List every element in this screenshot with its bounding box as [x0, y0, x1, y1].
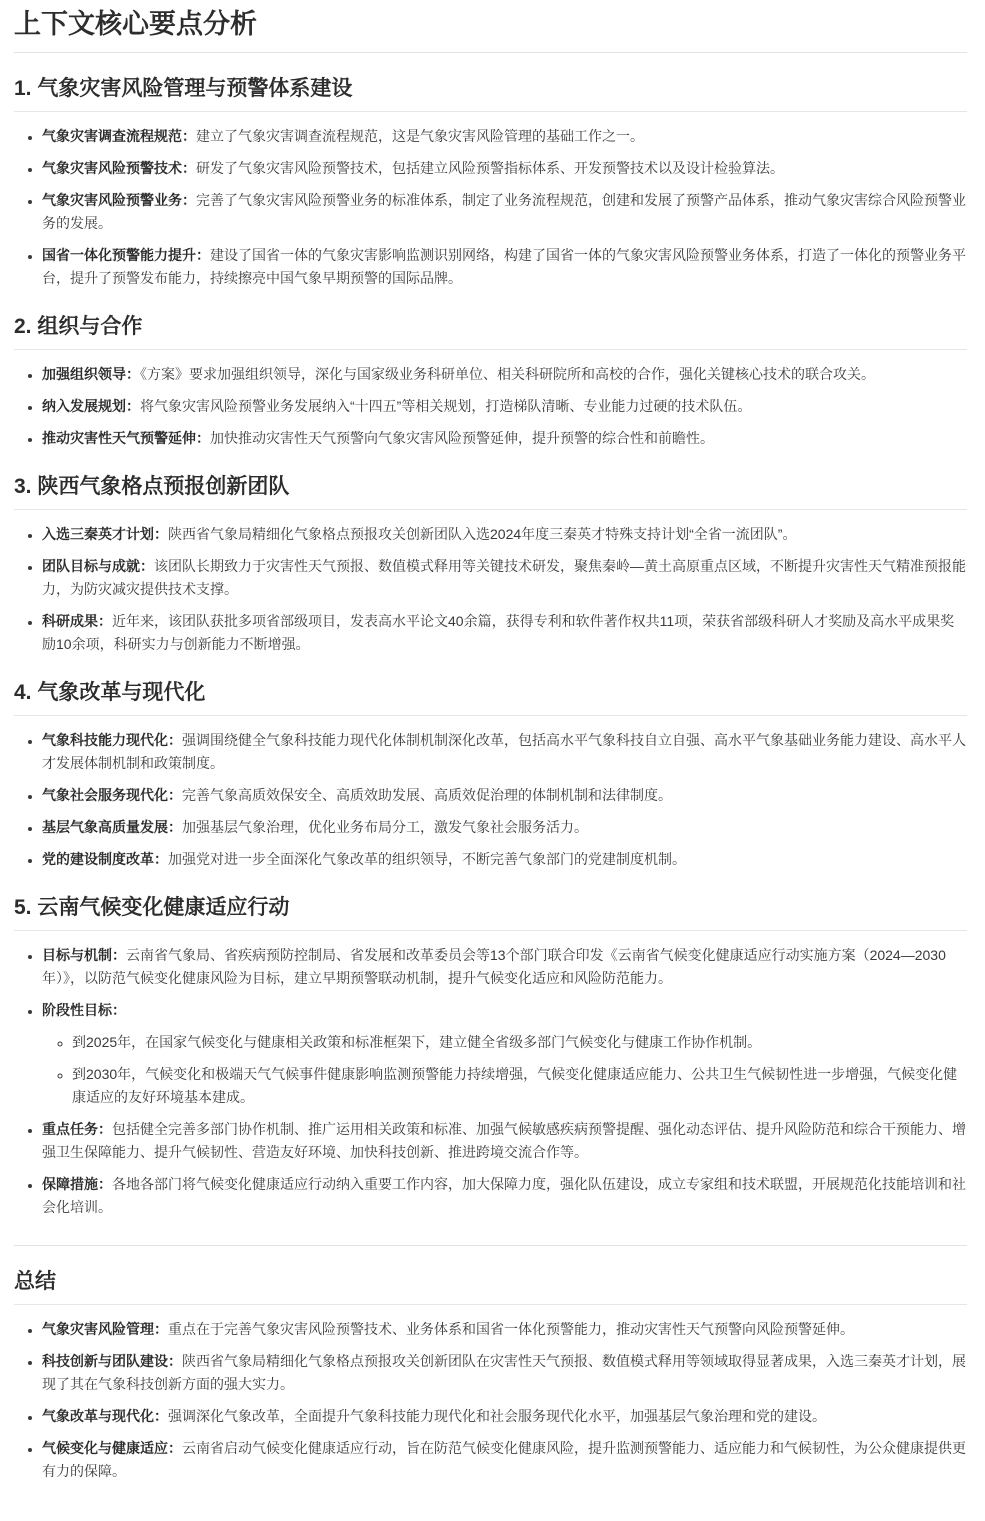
- item-text: 近年来，该团队获批多项省部级项目，发表高水平论文40余篇，获得专利和软件著作权共…: [42, 613, 954, 652]
- section-4-list: 气象科技能力现代化：强调围绕健全气象科技能力现代化体制机制深化改革，包括高水平气…: [14, 729, 967, 871]
- item-label: 推动灾害性天气预警延伸：: [42, 430, 210, 446]
- item-text: 该团队长期致力于灾害性天气预报、数值模式释用等关键技术研发，聚焦秦岭—黄土高原重…: [42, 558, 966, 597]
- item-label: 气象灾害风险预警技术：: [42, 160, 196, 176]
- list-item: 科研成果：近年来，该团队获批多项省部级项目，发表高水平论文40余篇，获得专利和软…: [42, 610, 967, 656]
- item-label: 团队目标与成就：: [42, 558, 154, 574]
- list-item: 气象科技能力现代化：强调围绕健全气象科技能力现代化体制机制深化改革，包括高水平气…: [42, 729, 967, 775]
- list-item: 国省一体化预警能力提升：建设了国省一体的气象灾害影响监测识别网络，构建了国省一体…: [42, 244, 967, 290]
- list-item: 党的建设制度改革：加强党对进一步全面深化气象改革的组织领导，不断完善气象部门的党…: [42, 848, 967, 871]
- item-text: 完善气象高质效保安全、高质效助发展、高质效促治理的体制机制和法律制度。: [182, 787, 672, 803]
- list-item: 加强组织领导：《方案》要求加强组织领导，深化与国家级业务科研单位、相关科研院所和…: [42, 363, 967, 386]
- section-5-list: 目标与机制：云南省气象局、省疾病预防控制局、省发展和改革委员会等13个部门联合印…: [14, 944, 967, 1219]
- list-item: 入选三秦英才计划：陕西省气象局精细化气象格点预报攻关创新团队入选2024年度三秦…: [42, 523, 967, 546]
- item-label: 重点任务：: [42, 1121, 112, 1137]
- list-item: 气象灾害风险管理：重点在于完善气象灾害风险预警技术、业务体系和国省一体化预警能力…: [42, 1318, 967, 1341]
- section-2: 2. 组织与合作 加强组织领导：《方案》要求加强组织领导，深化与国家级业务科研单…: [14, 314, 967, 450]
- summary-list: 气象灾害风险管理：重点在于完善气象灾害风险预警技术、业务体系和国省一体化预警能力…: [14, 1318, 967, 1483]
- item-label: 国省一体化预警能力提升：: [42, 247, 210, 263]
- section-1-heading: 1. 气象灾害风险管理与预警体系建设: [14, 76, 967, 112]
- section-5: 5. 云南气候变化健康适应行动 目标与机制：云南省气象局、省疾病预防控制局、省发…: [14, 895, 967, 1219]
- section-2-heading: 2. 组织与合作: [14, 314, 967, 350]
- list-item: 保障措施：各地各部门将气候变化健康适应行动纳入重要工作内容，加大保障力度，强化队…: [42, 1173, 967, 1219]
- section-4-heading: 4. 气象改革与现代化: [14, 680, 967, 716]
- item-label: 保障措施：: [42, 1176, 112, 1192]
- item-label: 阶段性目标：: [42, 1002, 126, 1018]
- item-label: 气象灾害调查流程规范：: [42, 128, 196, 144]
- item-text: 加强基层气象治理，优化业务布局分工，激发气象社会服务活力。: [182, 819, 588, 835]
- item-text: 重点在于完善气象灾害风险预警技术、业务体系和国省一体化预警能力，推动灾害性天气预…: [168, 1321, 854, 1337]
- list-item: 科技创新与团队建设：陕西省气象局精细化气象格点预报攻关创新团队在灾害性天气预报、…: [42, 1350, 967, 1396]
- item-text: 强调深化气象改革，全面提升气象科技能力现代化和社会服务现代化水平，加强基层气象治…: [168, 1408, 826, 1424]
- list-item: 气象灾害调查流程规范：建立了气象灾害调查流程规范，这是气象灾害风险管理的基础工作…: [42, 125, 967, 148]
- section-3: 3. 陕西气象格点预报创新团队 入选三秦英才计划：陕西省气象局精细化气象格点预报…: [14, 474, 967, 656]
- item-label: 气象改革与现代化：: [42, 1408, 168, 1424]
- item-text: 建立了气象灾害调查流程规范，这是气象灾害风险管理的基础工作之一。: [196, 128, 644, 144]
- list-item: 基层气象高质量发展：加强基层气象治理，优化业务布局分工，激发气象社会服务活力。: [42, 816, 967, 839]
- list-item: 目标与机制：云南省气象局、省疾病预防控制局、省发展和改革委员会等13个部门联合印…: [42, 944, 967, 990]
- sub-list-item: 到2025年，在国家气候变化与健康相关政策和标准框架下，建立健全省级多部门气候变…: [72, 1031, 967, 1054]
- item-label: 基层气象高质量发展：: [42, 819, 182, 835]
- list-item: 推动灾害性天气预警延伸：加快推动灾害性天气预警向气象灾害风险预警延伸，提升预警的…: [42, 427, 967, 450]
- section-1: 1. 气象灾害风险管理与预警体系建设 气象灾害调查流程规范：建立了气象灾害调查流…: [14, 76, 967, 290]
- section-5-heading: 5. 云南气候变化健康适应行动: [14, 895, 967, 931]
- summary-heading: 总结: [14, 1269, 967, 1305]
- section-divider: [14, 1245, 967, 1246]
- item-label: 科技创新与团队建设：: [42, 1353, 182, 1369]
- item-label: 科研成果：: [42, 613, 112, 629]
- item-text: 陕西省气象局精细化气象格点预报攻关创新团队入选2024年度三秦英才特殊支持计划“…: [168, 526, 796, 542]
- list-item: 气象社会服务现代化：完善气象高质效保安全、高质效助发展、高质效促治理的体制机制和…: [42, 784, 967, 807]
- item-label: 党的建设制度改革：: [42, 851, 168, 867]
- section-4: 4. 气象改革与现代化 气象科技能力现代化：强调围绕健全气象科技能力现代化体制机…: [14, 680, 967, 871]
- item-label: 纳入发展规划：: [42, 398, 140, 414]
- item-label: 入选三秦英才计划：: [42, 526, 168, 542]
- list-item: 气象改革与现代化：强调深化气象改革，全面提升气象科技能力现代化和社会服务现代化水…: [42, 1405, 967, 1428]
- item-text: 包括健全完善多部门协作机制、推广运用相关政策和标准、加强气候敏感疾病预警提醒、强…: [42, 1121, 966, 1160]
- section-3-heading: 3. 陕西气象格点预报创新团队: [14, 474, 967, 510]
- sub-list-item: 到2030年，气候变化和极端天气气候事件健康影响监测预警能力持续增强，气候变化健…: [72, 1063, 967, 1109]
- list-item: 重点任务：包括健全完善多部门协作机制、推广运用相关政策和标准、加强气候敏感疾病预…: [42, 1118, 967, 1164]
- phase-goals-sublist: 到2025年，在国家气候变化与健康相关政策和标准框架下，建立健全省级多部门气候变…: [42, 1031, 967, 1109]
- item-label: 气象灾害风险管理：: [42, 1321, 168, 1337]
- item-text: 研发了气象灾害风险预警技术，包括建立风险预警指标体系、开发预警技术以及设计检验算…: [196, 160, 784, 176]
- page-title: 上下文核心要点分析: [14, 8, 967, 53]
- item-text: 《方案》要求加强组织领导，深化与国家级业务科研单位、相关科研院所和高校的合作，强…: [140, 366, 875, 382]
- list-item: 团队目标与成就：该团队长期致力于灾害性天气预报、数值模式释用等关键技术研发，聚焦…: [42, 555, 967, 601]
- item-label: 气候变化与健康适应：: [42, 1440, 182, 1456]
- item-label: 气象社会服务现代化：: [42, 787, 182, 803]
- item-text: 将气象灾害风险预警业务发展纳入“十四五”等相关规划，打造梯队清晰、专业能力过硬的…: [140, 398, 751, 414]
- section-1-list: 气象灾害调查流程规范：建立了气象灾害调查流程规范，这是气象灾害风险管理的基础工作…: [14, 125, 967, 290]
- item-text: 加强党对进一步全面深化气象改革的组织领导，不断完善气象部门的党建制度机制。: [168, 851, 686, 867]
- list-item: 气候变化与健康适应：云南省启动气候变化健康适应行动，旨在防范气候变化健康风险，提…: [42, 1437, 967, 1483]
- item-text: 加快推动灾害性天气预警向气象灾害风险预警延伸，提升预警的综合性和前瞻性。: [210, 430, 714, 446]
- item-text: 云南省气象局、省疾病预防控制局、省发展和改革委员会等13个部门联合印发《云南省气…: [42, 947, 946, 986]
- section-3-list: 入选三秦英才计划：陕西省气象局精细化气象格点预报攻关创新团队入选2024年度三秦…: [14, 523, 967, 656]
- list-item: 气象灾害风险预警业务：完善了气象灾害风险预警业务的标准体系，制定了业务流程规范，…: [42, 189, 967, 235]
- item-label: 气象灾害风险预警业务：: [42, 192, 196, 208]
- item-label: 气象科技能力现代化：: [42, 732, 182, 748]
- item-label: 加强组织领导：: [42, 366, 140, 382]
- list-item: 纳入发展规划：将气象灾害风险预警业务发展纳入“十四五”等相关规划，打造梯队清晰、…: [42, 395, 967, 418]
- document: 上下文核心要点分析 1. 气象灾害风险管理与预警体系建设 气象灾害调查流程规范：…: [0, 0, 985, 1521]
- list-item: 阶段性目标： 到2025年，在国家气候变化与健康相关政策和标准框架下，建立健全省…: [42, 999, 967, 1109]
- section-2-list: 加强组织领导：《方案》要求加强组织领导，深化与国家级业务科研单位、相关科研院所和…: [14, 363, 967, 450]
- item-text: 各地各部门将气候变化健康适应行动纳入重要工作内容，加大保障力度，强化队伍建设，成…: [42, 1176, 966, 1215]
- summary-section: 总结 气象灾害风险管理：重点在于完善气象灾害风险预警技术、业务体系和国省一体化预…: [14, 1269, 967, 1483]
- list-item: 气象灾害风险预警技术：研发了气象灾害风险预警技术，包括建立风险预警指标体系、开发…: [42, 157, 967, 180]
- item-label: 目标与机制：: [42, 947, 126, 963]
